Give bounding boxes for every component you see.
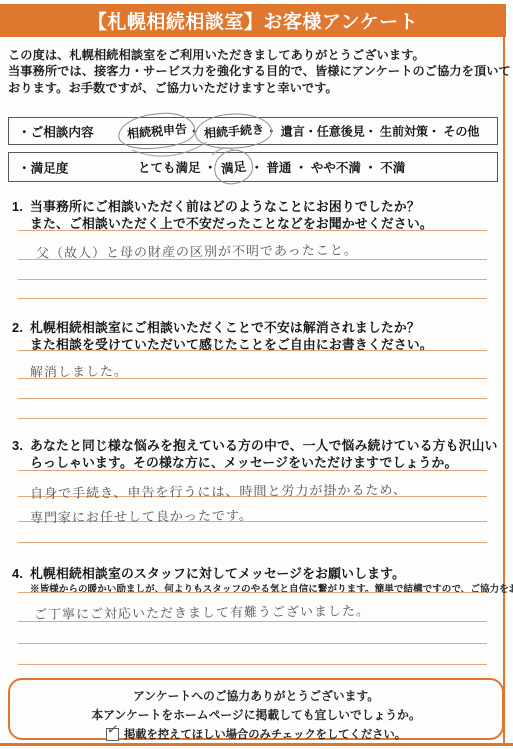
question-number: 3.	[12, 438, 30, 453]
answer-line	[18, 542, 487, 543]
question-4-text: 4.札幌相続相談室のスタッフに対してメッセージをお願いします。	[12, 563, 405, 582]
footer-checkbox-row: ✓ 掲載を控えてほしい場合のみチェックをしてください。	[10, 726, 502, 742]
answer-line	[18, 398, 487, 399]
handwritten-answer-q2[interactable]: 解消しました。	[30, 360, 128, 380]
satisfaction-row-label: ・満足度	[18, 158, 68, 177]
footer-checkbox-label: 掲載を控えてほしい場合のみチェックをしてください。	[124, 726, 406, 742]
decline-publish-checkbox[interactable]: ✓	[106, 728, 119, 741]
answer-line	[18, 279, 487, 280]
answer-line	[18, 664, 487, 665]
answer-line	[18, 418, 487, 419]
question-number: 2.	[12, 320, 30, 335]
answer-line	[18, 230, 487, 231]
question-number: 4.	[12, 566, 30, 581]
footer-publish-question: 本アンケートをホームページに掲載しても宜しいでしょうか。	[10, 706, 502, 723]
consult-options-rest[interactable]: 遺言・任意後見・ 生前対策・ その他	[281, 125, 480, 139]
footer-thanks: アンケートへのご協力ありがとうございます。	[10, 687, 502, 704]
consult-options: 相続税申告・ 相続手続き・ 遺言・任意後見・ 生前対策・ その他	[126, 122, 479, 141]
answer-line	[18, 643, 487, 644]
satisfaction-options: とても満足 ・ 満足 ・ 普通 ・ やや不満 ・ 不満	[138, 157, 405, 177]
intro-text: この度は、札幌相続相談室をご利用いただきましてありがとうございます。 当事務所で…	[8, 47, 504, 96]
satisfaction-options-pre[interactable]: とても満足 ・	[138, 161, 220, 175]
right-border-rule	[503, 37, 505, 746]
intro-line: おります。お手数ですが、ご協力いただけますと幸いです。	[8, 80, 504, 96]
answer-line	[18, 350, 487, 351]
question-3-text2: らっしゃいます。その様な方に、メッセージをいただけますでしょうか。	[30, 452, 458, 471]
circled-option-tax-filing[interactable]: 相続税申告	[117, 110, 197, 152]
intro-line: この度は、札幌相続相談室をご利用いただきましてありがとうございます。	[8, 47, 504, 63]
handwritten-answer-q3-line1[interactable]: 自身で手続き、申告を行うには、時間と労力が掛かるため、	[30, 479, 407, 502]
question-number: 1.	[12, 199, 30, 214]
handwritten-answer-q4[interactable]: ご丁寧にご対応いただきまして有難うございました。	[34, 600, 370, 623]
circled-option-procedures[interactable]: 相続手続き	[194, 111, 273, 151]
footer-box: アンケートへのご協力ありがとうございます。 本アンケートをホームページに掲載して…	[8, 678, 504, 740]
answer-line	[18, 592, 487, 593]
handwritten-answer-q3-line2[interactable]: 専門家にお任せして良かったです。	[30, 505, 253, 526]
page-title: 【札幌相続相談室】お客様アンケート	[88, 7, 418, 34]
survey-page: 【札幌相続相談室】お客様アンケート この度は、札幌相続相談室をご利用いただきまし…	[0, 0, 513, 749]
consult-row-label: ・ご相談内容	[18, 122, 94, 141]
answer-line	[18, 298, 487, 299]
checkmark-icon: ✓	[106, 720, 120, 738]
satisfaction-options-post[interactable]: ・ 普通 ・ やや不満 ・ 不満	[247, 161, 405, 175]
page-title-bar: 【札幌相続相談室】お客様アンケート	[0, 4, 506, 37]
consult-type-row: ・ご相談内容 相続税申告・ 相続手続き・ 遺言・任意後見・ 生前対策・ その他	[8, 117, 498, 145]
bottom-border-rule	[0, 743, 513, 746]
handwritten-answer-q1[interactable]: 父（故人）と母の財産の区別が不明であったこと。	[36, 239, 358, 261]
intro-line: 当事務所では、接客力・サービス力を強化する目的で、皆様にアンケートのご協力を頂い…	[8, 63, 504, 79]
circled-option-satisfied[interactable]: 満足	[212, 148, 255, 187]
answer-line	[18, 470, 487, 471]
satisfaction-row: ・満足度 とても満足 ・ 満足 ・ 普通 ・ やや不満 ・ 不満	[8, 152, 498, 182]
